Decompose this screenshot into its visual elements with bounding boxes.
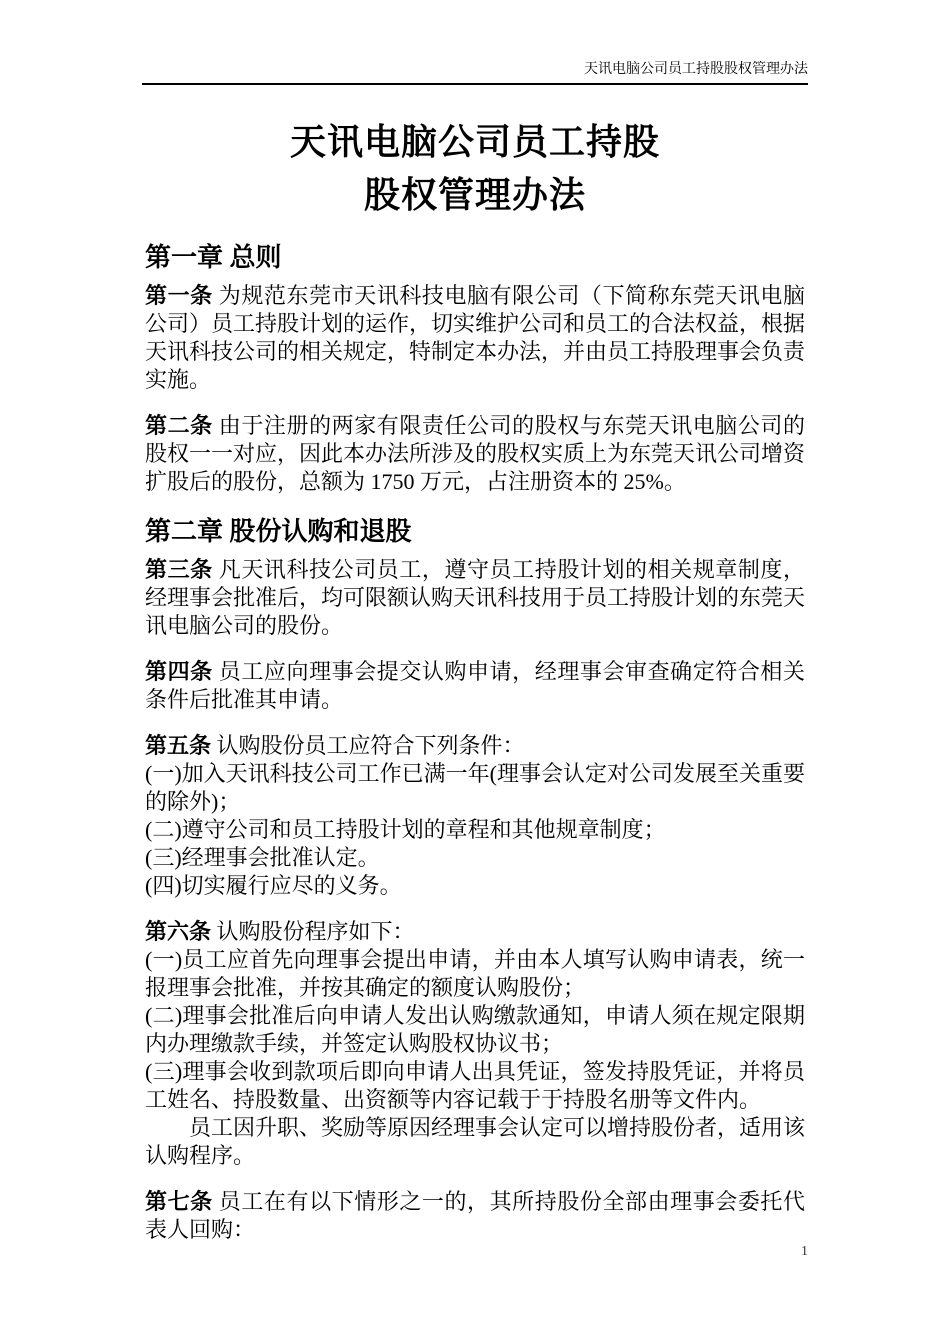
article-label: 第二条 <box>145 413 213 438</box>
article-text: 由于注册的两家有限责任公司的股权与东莞天讯电脑公司的股权一一对应，因此本办法所涉… <box>145 413 805 494</box>
article-line: (二)理事会批准后向申请人发出认购缴款通知，申请人须在规定限期内办理缴款手续，并… <box>145 1002 805 1058</box>
article-text: 为规范东莞市天讯科技电脑有限公司（下简称东莞天讯电脑公司）员工持股计划的运作，切… <box>145 283 805 392</box>
article-line: 员工因升职、奖励等原因经理事会认定可以增持股份者，适用该认购程序。 <box>145 1114 805 1170</box>
article-label: 第四条 <box>145 659 213 684</box>
article-line: (三)经理事会批准认定。 <box>145 844 805 872</box>
article-line: (二)遵守公司和员工持股计划的章程和其他规章制度； <box>145 816 805 844</box>
article-text: 员工在有以下情形之一的，其所持股份全部由理事会委托代表人回购： <box>145 1189 805 1242</box>
article-label: 第七条 <box>145 1189 213 1214</box>
title-line-1: 天讯电脑公司员工持股 <box>145 116 805 169</box>
article-text: 凡天讯科技公司员工，遵守员工持股计划的相关规章制度，经理事会批准后，均可限额认购… <box>145 557 805 638</box>
article: 第一条 为规范东莞市天讯科技电脑有限公司（下简称东莞天讯电脑公司）员工持股计划的… <box>145 282 805 394</box>
page-header: 天讯电脑公司员工持股股权管理办法 <box>142 60 808 85</box>
article: 第三条 凡天讯科技公司员工，遵守员工持股计划的相关规章制度，经理事会批准后，均可… <box>145 556 805 640</box>
article: 第五条 认购股份员工应符合下列条件： <box>145 732 805 760</box>
article-text: 认购股份员工应符合下列条件： <box>217 733 525 758</box>
title-line-2: 股权管理办法 <box>145 169 805 222</box>
article-text: 员工应向理事会提交认购申请，经理事会审查确定符合相关条件后批准其申请。 <box>145 659 805 712</box>
article-text: 认购股份程序如下： <box>217 919 415 944</box>
document-title: 天讯电脑公司员工持股 股权管理办法 <box>145 116 805 222</box>
article-label: 第五条 <box>145 733 211 758</box>
article-label: 第一条 <box>145 283 213 308</box>
article: 第六条 认购股份程序如下： <box>145 918 805 946</box>
chapters-container: 第一章 总则第一条 为规范东莞市天讯科技电脑有限公司（下简称东莞天讯电脑公司）员… <box>145 242 805 1244</box>
article-line: (一)加入天讯科技公司工作已满一年(理事会认定对公司发展至关重要的除外)； <box>145 760 805 816</box>
article: 第七条 员工在有以下情形之一的，其所持股份全部由理事会委托代表人回购： <box>145 1188 805 1244</box>
chapter-heading: 第二章 股份认购和退股 <box>145 516 805 548</box>
article-line: (一)员工应首先向理事会提出申请，并由本人填写认购申请表，统一报理事会批准，并按… <box>145 946 805 1002</box>
document-page: 天讯电脑公司员工持股股权管理办法 天讯电脑公司员工持股 股权管理办法 第一章 总… <box>0 0 950 1344</box>
article-line: (四)切实履行应尽的义务。 <box>145 872 805 900</box>
article: 第二条 由于注册的两家有限责任公司的股权与东莞天讯电脑公司的股权一一对应，因此本… <box>145 412 805 496</box>
article-line: (三)理事会收到款项后即向申请人出具凭证，签发持股凭证，并将员工姓名、持股数量、… <box>145 1058 805 1114</box>
document-body: 天讯电脑公司员工持股 股权管理办法 第一章 总则第一条 为规范东莞市天讯科技电脑… <box>145 116 805 1244</box>
article-label: 第三条 <box>145 557 213 582</box>
chapter-heading: 第一章 总则 <box>145 242 805 274</box>
page-number: 1 <box>142 1244 808 1260</box>
article-label: 第六条 <box>145 919 211 944</box>
article: 第四条 员工应向理事会提交认购申请，经理事会审查确定符合相关条件后批准其申请。 <box>145 658 805 714</box>
